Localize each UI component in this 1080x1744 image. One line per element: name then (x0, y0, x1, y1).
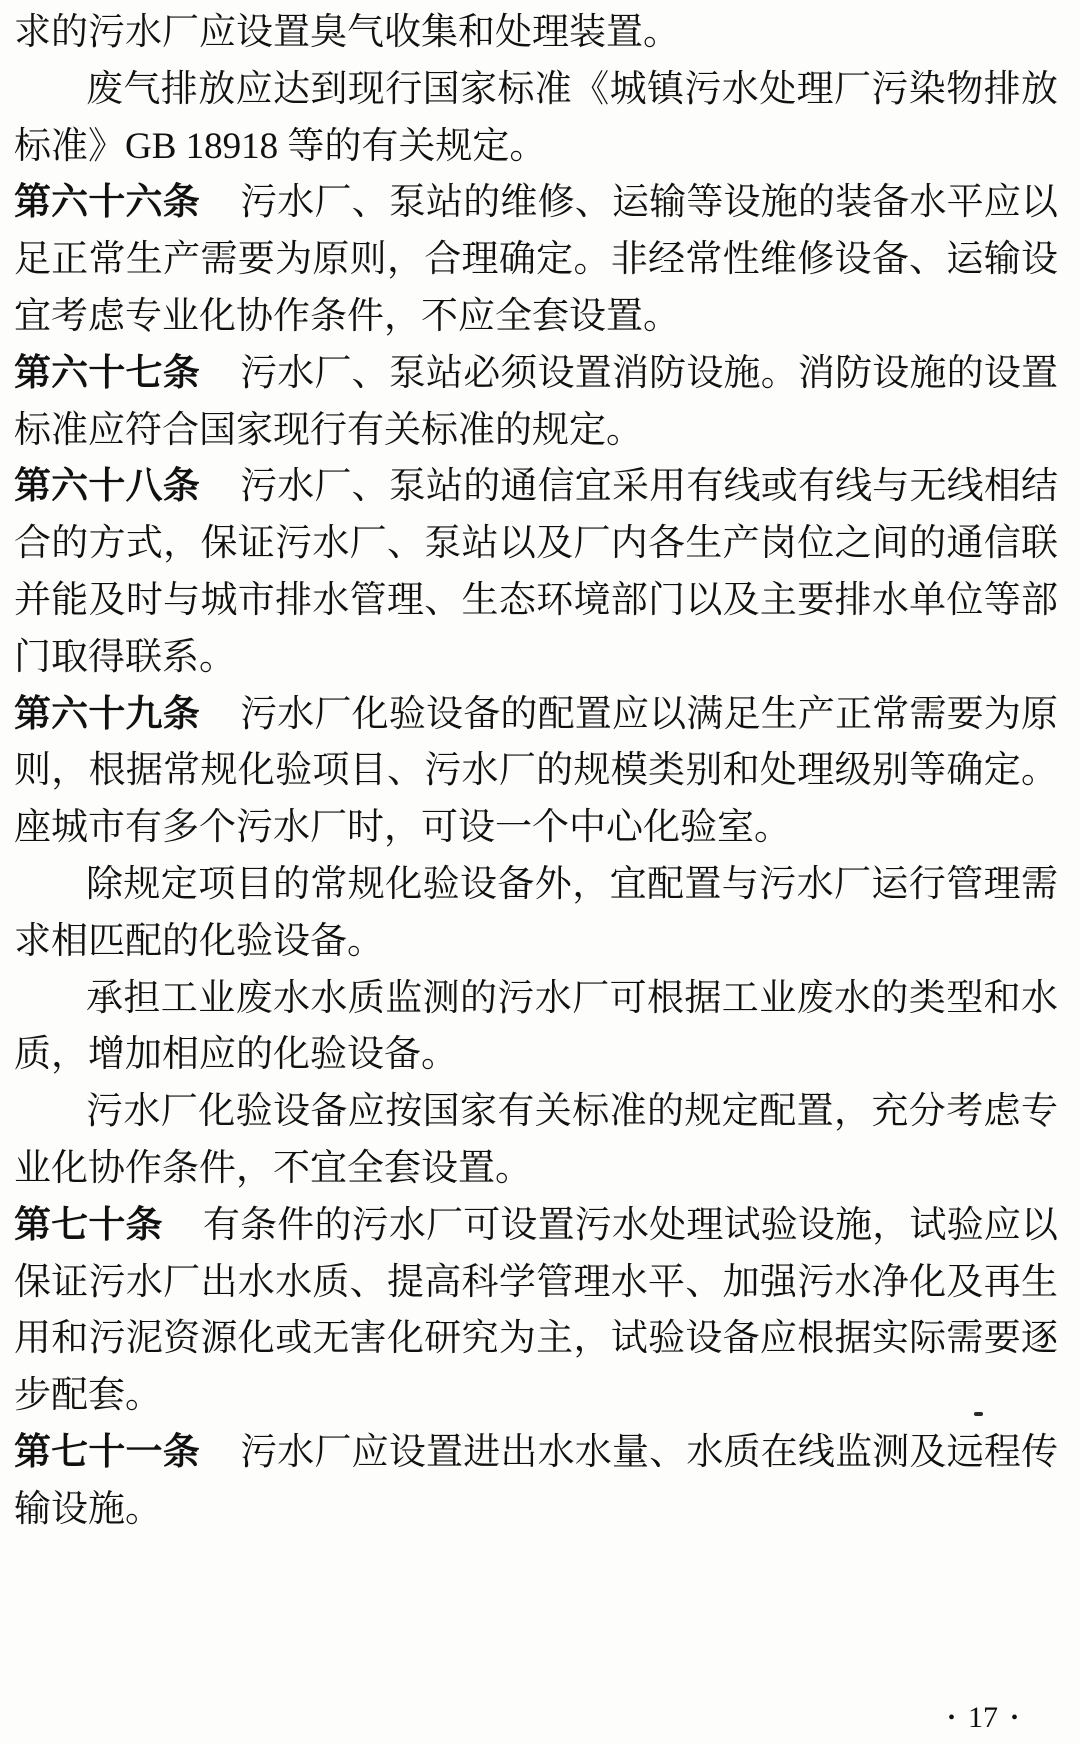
line-text: 求相匹配的化验设备。 (14, 921, 384, 962)
line-text: 污水厂、泵站的通信宜采用有线或有线与无线相结 (240, 466, 1058, 507)
line-text: 标准》GB 18918 等的有关规定。 (14, 126, 546, 167)
article-line: 第六十六条污水厂、泵站的维修、运输等设施的装备水平应以满 (14, 175, 1058, 232)
text-line: 宜考虑专业化协作条件，不应全套设置。 (14, 289, 1058, 346)
text-line: 质，增加相应的化验设备。 (14, 1027, 1058, 1084)
line-text: 保证污水厂出水水质、提高科学管理水平、加强污水净化及再生利 (14, 1262, 1058, 1312)
line-text: 并能及时与城市排水管理、生态环境部门以及主要排水单位等部 (14, 580, 1058, 621)
article-line: 第六十七条污水厂、泵站必须设置消防设施。消防设施的设置 (14, 346, 1058, 403)
article-number: 第六十六条 (14, 182, 200, 223)
article-line: 第七十一条污水厂应设置进出水水量、水质在线监测及远程传 (14, 1425, 1058, 1482)
text-line: 污水厂化验设备应按国家有关标准的规定配置，充分考虑专 (14, 1084, 1058, 1141)
line-text: 合的方式，保证污水厂、泵站以及厂内各生产岗位之间的通信联系 (14, 523, 1058, 573)
text-line: 门取得联系。 (14, 630, 1058, 687)
line-text: 足正常生产需要为原则，合理确定。非经常性维修设备、运输设备 (14, 239, 1058, 289)
text-line: 保证污水厂出水水质、提高科学管理水平、加强污水净化及再生利 (14, 1255, 1058, 1312)
article-number: 第六十八条 (14, 466, 200, 507)
text-block: 求的污水厂应设置臭气收集和处理装置。废气排放应达到现行国家标准《城镇污水处理厂污… (14, 5, 1058, 1539)
line-text: 承担工业废水水质监测的污水厂可根据工业废水的类型和水 (86, 978, 1058, 1019)
line-text: 有条件的污水厂可设置污水处理试验设施，试验应以 (203, 1205, 1058, 1246)
line-text: 污水厂化验设备的配置应以满足生产正常需要为原 (240, 694, 1058, 735)
footer-right-dot: • (1011, 1700, 1018, 1736)
article-line: 第六十八条污水厂、泵站的通信宜采用有线或有线与无线相结 (14, 459, 1058, 516)
line-text: 污水厂化验设备应按国家有关标准的规定配置，充分考虑专 (86, 1091, 1058, 1132)
scan-speck-artifact (974, 1412, 983, 1416)
article-line: 第六十九条污水厂化验设备的配置应以满足生产正常需要为原 (14, 687, 1058, 744)
text-line: 步配套。 (14, 1368, 1058, 1425)
line-text: 用和污泥资源化或无害化研究为主，试验设备应根据实际需要逐 (14, 1318, 1058, 1359)
text-line: 用和污泥资源化或无害化研究为主，试验设备应根据实际需要逐 (14, 1311, 1058, 1368)
line-text: 污水厂应设置进出水水量、水质在线监测及远程传 (240, 1432, 1058, 1473)
article-line: 第七十条有条件的污水厂可设置污水处理试验设施，试验应以 (14, 1198, 1058, 1255)
article-number: 第七十条 (14, 1205, 163, 1246)
text-line: 足正常生产需要为原则，合理确定。非经常性维修设备、运输设备 (14, 232, 1058, 289)
text-line: 求相匹配的化验设备。 (14, 914, 1058, 971)
article-number: 第七十一条 (14, 1432, 200, 1473)
line-text: 输设施。 (14, 1489, 162, 1530)
text-line: 合的方式，保证污水厂、泵站以及厂内各生产岗位之间的通信联系 (14, 516, 1058, 573)
text-line: 标准》GB 18918 等的有关规定。 (14, 119, 1058, 176)
document-page: 求的污水厂应设置臭气收集和处理装置。废气排放应达到现行国家标准《城镇污水处理厂污… (0, 0, 1080, 1744)
line-text: 宜考虑专业化协作条件，不应全套设置。 (14, 296, 680, 337)
text-line: 除规定项目的常规化验设备外，宜配置与污水厂运行管理需 (14, 857, 1058, 914)
article-number: 第六十九条 (14, 694, 200, 735)
page-footer: • 17 • (948, 1700, 1018, 1736)
text-line: 求的污水厂应设置臭气收集和处理装置。 (14, 5, 1058, 62)
line-text: 座城市有多个污水厂时，可设一个中心化验室。 (14, 807, 791, 848)
line-text: 除规定项目的常规化验设备外，宜配置与污水厂运行管理需 (86, 864, 1058, 905)
text-line: 则，根据常规化验项目、污水厂的规模类别和处理级别等确定。一 (14, 743, 1058, 800)
line-text: 污水厂、泵站必须设置消防设施。消防设施的设置 (240, 353, 1058, 394)
footer-left-dot: • (948, 1700, 955, 1736)
text-line: 并能及时与城市排水管理、生态环境部门以及主要排水单位等部 (14, 573, 1058, 630)
page-number: 17 (968, 1701, 998, 1735)
line-text: 步配套。 (14, 1375, 162, 1416)
line-text: 质，增加相应的化验设备。 (14, 1034, 458, 1075)
text-line: 输设施。 (14, 1482, 1058, 1539)
line-text: 业化协作条件，不宜全套设置。 (14, 1148, 532, 1189)
line-text: 求的污水厂应设置臭气收集和处理装置。 (14, 12, 680, 53)
article-number: 第六十七条 (14, 353, 200, 394)
text-line: 业化协作条件，不宜全套设置。 (14, 1141, 1058, 1198)
text-line: 座城市有多个污水厂时，可设一个中心化验室。 (14, 800, 1058, 857)
line-text: 标准应符合国家现行有关标准的规定。 (14, 410, 643, 451)
line-text: 则，根据常规化验项目、污水厂的规模类别和处理级别等确定。一 (14, 750, 1058, 800)
text-line: 废气排放应达到现行国家标准《城镇污水处理厂污染物排放 (14, 62, 1058, 119)
text-line: 承担工业废水水质监测的污水厂可根据工业废水的类型和水 (14, 971, 1058, 1028)
text-line: 标准应符合国家现行有关标准的规定。 (14, 403, 1058, 460)
line-text: 废气排放应达到现行国家标准《城镇污水处理厂污染物排放 (86, 69, 1058, 110)
line-text: 门取得联系。 (14, 637, 236, 678)
